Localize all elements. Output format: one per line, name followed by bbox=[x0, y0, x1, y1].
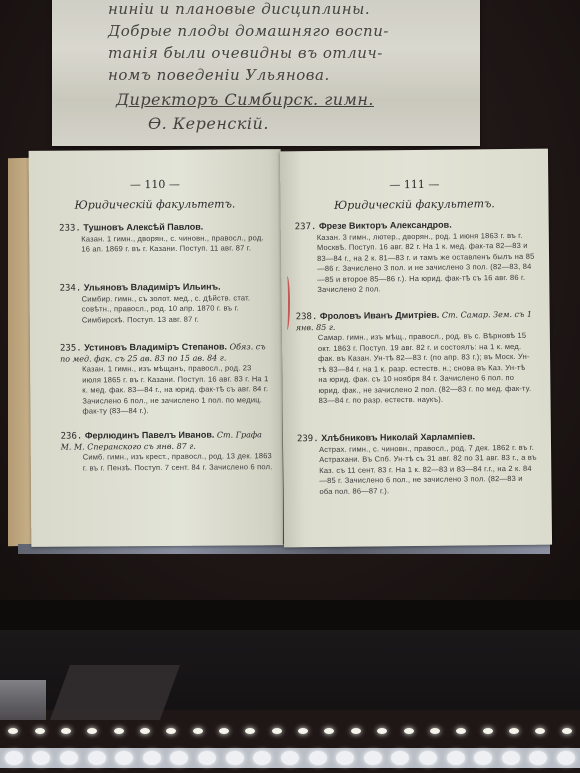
letter-signature-title: Директоръ Симбирск. гимн. bbox=[116, 90, 374, 109]
entry-number: 239. bbox=[297, 434, 319, 444]
entry-body: Казан. 1 гимн., изъ мѣщанъ, правосл., ро… bbox=[60, 363, 272, 417]
entry-body: Казан. 1 гимн., дворян., с. чиновн., пра… bbox=[59, 233, 271, 255]
register-entry: 238. Фроловъ Иванъ Дмитріев. Ст. Самар. … bbox=[296, 309, 537, 407]
led-strip bbox=[0, 728, 580, 734]
entry-number: 233. bbox=[59, 224, 81, 234]
entry-name: Устиновъ Владиміръ Степанов. bbox=[84, 342, 227, 353]
entry-body: Симбир. гимн., съ золот. мед., с. дѣйств… bbox=[60, 293, 272, 326]
entry-number: 236. bbox=[61, 432, 83, 442]
entry-number: 238. bbox=[296, 312, 318, 322]
letter-line: ниніи и плановые дисциплины. bbox=[108, 0, 370, 18]
red-pencil-mark bbox=[284, 276, 290, 330]
register-entry: 233. Тушновъ Алексѣй Павлов. Казан. 1 ги… bbox=[59, 221, 271, 255]
letter-line: Добрые плоды домашняго воспи- bbox=[108, 22, 389, 40]
entry-name: Хлѣбниковъ Николай Харлампіев. bbox=[321, 431, 475, 443]
led-strip bbox=[0, 748, 580, 768]
book-page-left: — 110 — Юридическій факультетъ. 233. Туш… bbox=[29, 149, 284, 547]
letter-line: танія были очевидны въ отлич- bbox=[108, 44, 383, 62]
register-entry: 234. Ульяновъ Владиміръ Ильинъ. Симбир. … bbox=[60, 281, 272, 325]
entry-body: Симб. гимн., изъ крест., правосл., род. … bbox=[61, 451, 273, 473]
entry-name: Фроловъ Иванъ Дмитріев. bbox=[320, 310, 439, 321]
entry-name: Ульяновъ Владиміръ Ильинъ. bbox=[84, 282, 221, 293]
entry-name: Фрезе Викторъ Александров. bbox=[319, 220, 452, 231]
entry-body: Казан. 3 гимн., лютер., дворян., род. 1 … bbox=[295, 230, 536, 296]
entry-name: Ферлюдинъ Павелъ Иванов. bbox=[85, 430, 215, 441]
register-entry: 239. Хлѣбниковъ Николай Харлампіев. Астр… bbox=[297, 431, 538, 498]
register-entry: 236. Ферлюдинъ Павелъ Иванов. Ст. Графа … bbox=[61, 429, 273, 473]
letter-line: номъ поведеніи Ульянова. bbox=[108, 66, 330, 84]
entry-body: Самар. гимн., изъ мѣщ., правосл., род. в… bbox=[296, 331, 537, 407]
page-heading: Юридическій факультетъ. bbox=[280, 197, 548, 213]
handwritten-letter: ниніи и плановые дисциплины. Добрые плод… bbox=[52, 0, 480, 146]
letter-signature-name: Ѳ. Керенскій. bbox=[148, 114, 269, 133]
glass-reflection bbox=[50, 665, 180, 720]
page-number: — 111 — bbox=[280, 177, 548, 193]
entry-number: 234. bbox=[60, 284, 82, 294]
register-entry: 235. Устиновъ Владиміръ Степанов. Обяз. … bbox=[60, 341, 273, 417]
glass-reflection bbox=[0, 680, 46, 720]
book-page-right: — 111 — Юридическій факультетъ. 237. Фре… bbox=[280, 149, 552, 548]
entry-number: 237. bbox=[295, 222, 317, 232]
page-number: — 110 — bbox=[29, 177, 281, 192]
entry-name: Тушновъ Алексѣй Павлов. bbox=[83, 222, 203, 233]
entry-body: Астрах. гимн., с. чиновн., правосл., род… bbox=[297, 442, 538, 497]
entry-number: 235. bbox=[60, 344, 82, 354]
register-entry: 237. Фрезе Викторъ Александров. Казан. 3… bbox=[295, 219, 536, 296]
page-heading: Юридическій факультетъ. bbox=[29, 197, 281, 212]
display-shelf bbox=[0, 600, 580, 630]
